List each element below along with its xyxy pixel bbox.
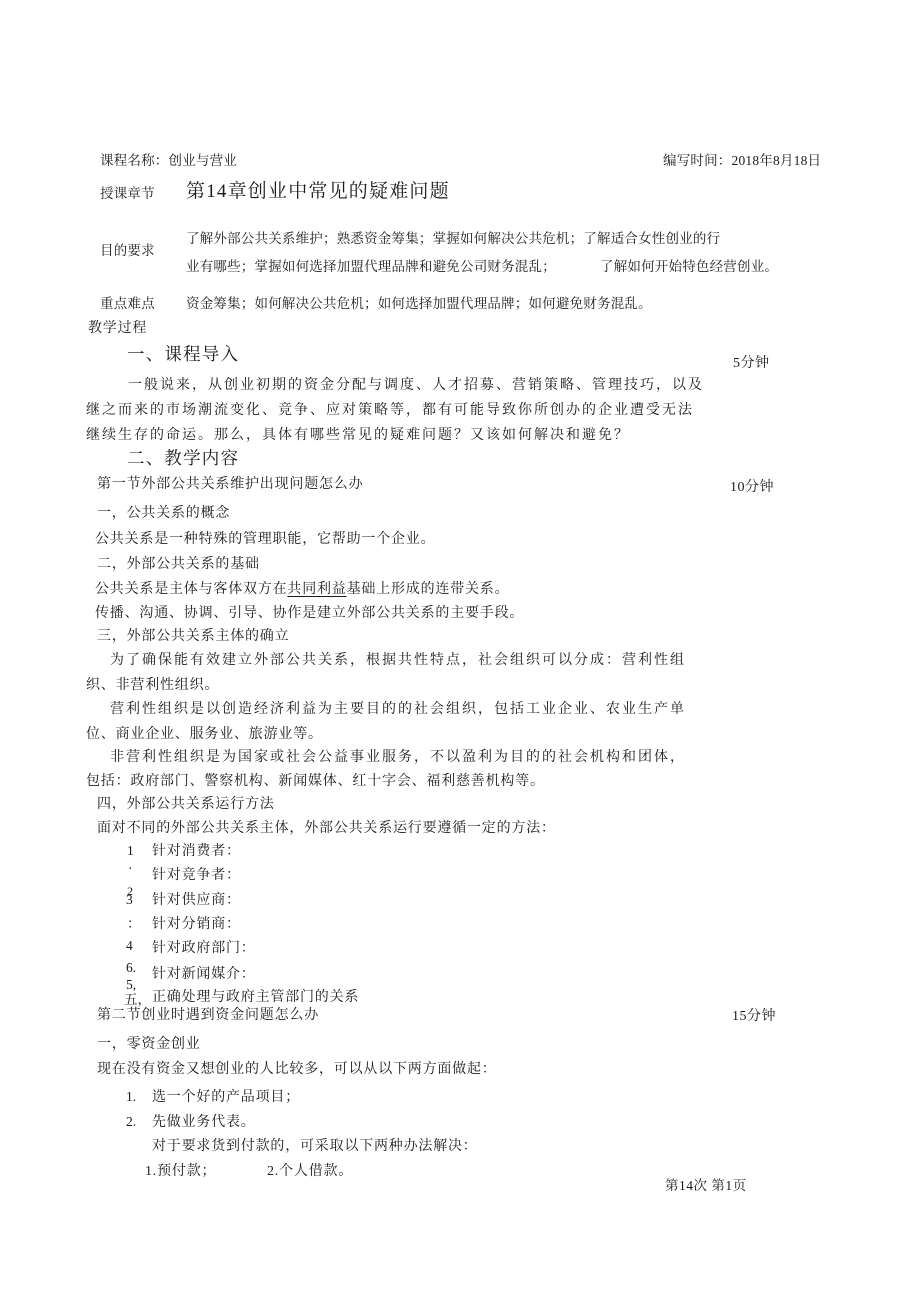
list-item-consumers: 针对消费者： (152, 843, 241, 861)
lesson1-title: 第一节外部公共关系维护出现问题怎么办 (97, 476, 363, 494)
list-item-suppliers: 针对供应商： (152, 892, 241, 910)
lesson2-option1: 1.预付款； (145, 1163, 216, 1181)
lesson1-sub4-heading: 四，外部公共关系运行方法 (97, 796, 275, 814)
lesson1-sub2-text2: 传播、沟通、协调、引导、协作是建立外部公共关系的主要手段。 (95, 605, 524, 623)
sub2-text-post: 基础上形成的连带关系。 (347, 582, 510, 597)
list-marker-5: 4 (126, 938, 133, 954)
chapter-label: 授课章节 (100, 186, 155, 203)
keypoints-text: 资金筹集；如何解决公共危机；如何选择加盟代理品牌；如何避免财务混乱。 (186, 296, 652, 313)
chapter-title: 第14章创业中常见的疑难问题 (186, 180, 450, 204)
lesson1-sub2-heading: 二，外部公共关系的基础 (97, 556, 260, 574)
lesson2-title: 第二节创业时遇到资金问题怎么办 (97, 1007, 319, 1025)
section1-heading: 一、课程导入 (127, 344, 239, 366)
objectives-label: 目的要求 (100, 243, 155, 260)
objectives-line1: 了解外部公共关系维护；熟悉资金筹集；掌握如何解决公共危机；了解适合女性创业的行 (186, 231, 720, 248)
lesson2-item2-marker: 2. (126, 1114, 136, 1130)
list-marker-6: 6. (126, 960, 136, 976)
lesson1-sub3-para1-line1: 为了确保能有效建立外部公共关系，根据共性特点，社会组织可以分成：营利性组 (110, 652, 686, 670)
lesson1-sub3-para3-line2: 包括：政府部门、警察机构、新闻媒体、红十字会、福利慈善机构等。 (86, 773, 545, 791)
lesson2-item1-text: 选一个好的产品项目； (152, 1089, 300, 1107)
section1-duration: 5分钟 (733, 355, 770, 373)
sub2-text-pre: 公共关系是主体与客体双方在 (95, 582, 287, 597)
lesson1-sub3-para2-line2: 位、商业企业、服务业、旅游业等。 (86, 726, 323, 744)
list-marker-1: 1 (127, 843, 134, 859)
list-marker-4: ： (127, 912, 141, 932)
page-footer: 第14次 第1页 (665, 1178, 747, 1195)
lesson2-sub1-text: 现在没有资金又想创业的人比较多，可以从以下两方面做起： (97, 1061, 497, 1079)
written-time: 编写时间：2018年8月18日 (663, 153, 821, 170)
list-item-news-media: 针对新闻媒介： (152, 966, 256, 984)
list-item-gov-relations: 正确处理与政府主管部门的关系 (152, 989, 359, 1007)
lesson1-duration: 10分钟 (730, 479, 774, 497)
lesson1-sub3-para2-line1: 营利性组织是以创造经济利益为主要目的的社会组织，包括工业企业、农业生产单 (110, 701, 686, 719)
list-marker-3b: 3 (126, 892, 133, 908)
intro-paragraph-line1: 一般说来，从创业初期的资金分配与调度、人才招募、营销策略、管理技巧，以及 (128, 377, 704, 395)
course-name: 课程名称：创业与营业 (100, 153, 237, 170)
lesson1-sub1-text: 公共关系是一种特殊的管理职能，它帮助一个企业。 (95, 531, 435, 549)
lesson1-sub2-text1: 公共关系是主体与客体双方在共同利益基础上形成的连带关系。 (95, 581, 509, 599)
lesson2-duration: 15分钟 (732, 1008, 776, 1026)
lesson1-sub1-heading: 一，公共关系的概念 (97, 505, 230, 523)
intro-paragraph-line3: 继续生存的命运。那么，具体有哪些常见的疑难问题？又该如何解决和避免？ (86, 427, 630, 445)
lesson2-option2: 2.个人借款。 (267, 1163, 353, 1181)
teaching-process-label: 教学过程 (88, 320, 147, 338)
lesson2-sub1-heading: 一，零资金创业 (97, 1036, 201, 1054)
objectives-line2-tail: 了解如何开始特色经营创业。 (600, 259, 778, 276)
list-marker-7b: 五， (124, 988, 151, 1008)
sub2-text-underlined: 共同利益 (287, 582, 346, 597)
list-item-competitors: 针对竞争者： (152, 867, 241, 885)
list-item-government: 针对政府部门： (152, 940, 256, 958)
section2-heading: 二、教学内容 (127, 448, 239, 470)
intro-paragraph-line2: 继之而来的市场潮流变化、竞争、应对策略等，都有可能导致你所创办的企业遭受无法 (86, 402, 694, 420)
lesson2-item1-marker: 1. (126, 1089, 136, 1105)
lesson1-sub3-para1-line2: 织、非营利性组织。 (86, 677, 219, 695)
list-item-distributors: 针对分销商： (152, 916, 241, 934)
lesson2-note: 对于要求货到付款的，可采取以下两种办法解决： (152, 1138, 478, 1156)
lesson1-sub3-para3-line1: 非营利性组织是为国家或社会公益事业服务，不以盈利为目的的社会机构和团体， (110, 749, 686, 767)
lesson2-item2-text: 先做业务代表。 (152, 1114, 256, 1132)
lesson1-sub3-heading: 三，外部公共关系主体的确立 (97, 628, 289, 646)
lesson-plan-page: 课程名称：创业与营业 编写时间：2018年8月18日 授课章节 第14章创业中常… (0, 0, 920, 1303)
lesson1-sub4-text: 面对不同的外部公共关系主体，外部公共关系运行要遵循一定的方法： (97, 820, 556, 838)
objectives-line2: 业有哪些；掌握如何选择加盟代理品牌和避免公司财务混乱； (186, 259, 556, 276)
keypoints-label: 重点难点 (100, 296, 155, 313)
list-marker-2: · (128, 861, 133, 877)
